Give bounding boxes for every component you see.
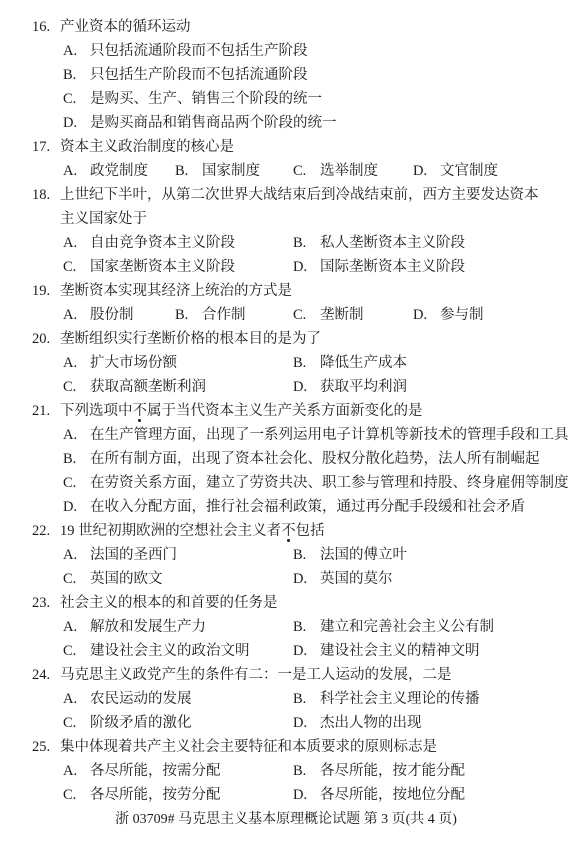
option-b: B. 建立和完善社会主义公有制: [293, 615, 572, 639]
option-label: D.: [63, 111, 90, 135]
option-label: D.: [293, 711, 320, 735]
option-c: C. 建设社会主义的政治文明: [63, 639, 293, 663]
option-label: B.: [293, 687, 320, 711]
option-text: 英国的莫尔: [320, 567, 572, 591]
option-b: B. 合作制: [175, 303, 293, 327]
option-label: D.: [63, 495, 90, 519]
question-stem: 垄断资本实现其经济上统治的方式是: [60, 279, 292, 303]
question-22: 22. 19 世纪初期欧洲的空想社会主义者不包括 A. 法国的圣西门 B. 法国…: [0, 519, 572, 591]
option-label: D.: [293, 783, 320, 807]
option-text: 获取高额垄断利润: [90, 375, 293, 399]
question-stem: 社会主义的根本的和首要的任务是: [60, 591, 278, 615]
option-text: 私人垄断资本主义阶段: [320, 231, 572, 255]
option-label: D.: [293, 375, 320, 399]
option-label: D.: [413, 303, 440, 327]
option-text: 在收入分配方面，推行社会福利政策，通过再分配手段缓和社会矛盾: [90, 495, 572, 519]
option-c: C. 英国的欧文: [63, 567, 293, 591]
exam-content: 16. 产业资本的循环运动 A. 只包括流通阶段而不包括生产阶段 B. 只包括生…: [0, 0, 572, 807]
option-label: A.: [63, 615, 90, 639]
option-text: 科学社会主义理论的传播: [320, 687, 572, 711]
option-text: 各尽所能，按需分配: [90, 759, 293, 783]
option-a: A. 在生产管理方面，出现了一系列运用电子计算机等新技术的管理手段和工具: [0, 423, 572, 447]
question-number: 16.: [32, 15, 60, 39]
question-stem: 上世纪下半叶，从第二次世界大战结束后到冷战结束前，西方主要发达资本主义国家处于: [60, 183, 550, 231]
question-stem: 垄断组织实行垄断价格的根本目的是为了: [60, 327, 321, 351]
option-label: B.: [293, 351, 320, 375]
option-label: C.: [63, 567, 90, 591]
option-text: 是购买商品和销售商品两个阶段的统一: [90, 111, 572, 135]
question-number: 19.: [32, 279, 60, 303]
option-label: A.: [63, 159, 90, 183]
option-label: B.: [293, 615, 320, 639]
option-text: 股份制: [90, 303, 175, 327]
option-a: A. 政党制度: [63, 159, 175, 183]
option-b: B. 降低生产成本: [293, 351, 572, 375]
option-c: C. 选举制度: [293, 159, 413, 183]
question-stem: 资本主义政治制度的核心是: [60, 135, 234, 159]
option-label: D.: [293, 567, 320, 591]
option-a: A. 法国的圣西门: [63, 543, 293, 567]
options: A. 各尽所能，按需分配 B. 各尽所能，按才能分配 C. 各尽所能，按劳分配 …: [0, 759, 572, 807]
option-b: B. 科学社会主义理论的传播: [293, 687, 572, 711]
option-a: A. 自由竞争资本主义阶段: [63, 231, 293, 255]
option-label: A.: [63, 39, 90, 63]
option-d: D. 建设社会主义的精神文明: [293, 639, 572, 663]
option-b: B. 私人垄断资本主义阶段: [293, 231, 572, 255]
question-number: 25.: [32, 735, 60, 759]
options: A. 股份制 B. 合作制 C. 垄断制 D. 参与制: [0, 303, 572, 327]
emphasis-mark: 不: [133, 403, 148, 419]
option-label: C.: [293, 159, 320, 183]
option-c: C. 在劳资关系方面，建立了劳资共决、职工参与管理和持股、终身雇佣等制度: [0, 471, 572, 495]
option-d: D. 获取平均利润: [293, 375, 572, 399]
question-number: 23.: [32, 591, 60, 615]
option-text: 国际垄断资本主义阶段: [320, 255, 572, 279]
options: A. 只包括流通阶段而不包括生产阶段 B. 只包括生产阶段而不包括流通阶段 C.…: [0, 39, 572, 135]
stem-text: 下列选项中: [60, 403, 133, 419]
option-text: 农民运动的发展: [90, 687, 293, 711]
option-text: 英国的欧文: [90, 567, 293, 591]
option-label: D.: [293, 255, 320, 279]
option-label: A.: [63, 759, 90, 783]
question-number: 24.: [32, 663, 60, 687]
option-label: C.: [63, 639, 90, 663]
question-21: 21. 下列选项中不属于当代资本主义生产关系方面新变化的是 A. 在生产管理方面…: [0, 399, 572, 519]
stem-text: 19 世纪初期欧洲的空想社会主义者: [60, 523, 281, 539]
option-text: 降低生产成本: [320, 351, 572, 375]
option-text: 杰出人物的出现: [320, 711, 572, 735]
option-text: 阶级矛盾的激化: [90, 711, 293, 735]
stem-text: 属于当代资本主义生产关系方面新变化的是: [147, 403, 423, 419]
option-c: C. 各尽所能，按劳分配: [63, 783, 293, 807]
option-text: 建设社会主义的精神文明: [320, 639, 572, 663]
question-19: 19. 垄断资本实现其经济上统治的方式是 A. 股份制 B. 合作制 C. 垄断…: [0, 279, 572, 327]
option-b: B. 在所有制方面，出现了资本社会化、股权分散化趋势，法人所有制崛起: [0, 447, 572, 471]
option-text: 在生产管理方面，出现了一系列运用电子计算机等新技术的管理手段和工具: [90, 423, 572, 447]
question-stem: 集中体现着共产主义社会主要特征和本质要求的原则标志是: [60, 735, 437, 759]
option-c: C. 获取高额垄断利润: [63, 375, 293, 399]
question-number: 17.: [32, 135, 60, 159]
question-24: 24. 马克思主义政党产生的条件有二：一是工人运动的发展，二是 A. 农民运动的…: [0, 663, 572, 735]
question-stem: 产业资本的循环运动: [60, 15, 191, 39]
option-text: 扩大市场份额: [90, 351, 293, 375]
option-text: 法国的圣西门: [90, 543, 293, 567]
option-c: C. 垄断制: [293, 303, 413, 327]
question-number: 20.: [32, 327, 60, 351]
option-label: A.: [63, 303, 90, 327]
option-text: 选举制度: [320, 159, 413, 183]
option-label: C.: [63, 87, 90, 111]
option-label: B.: [63, 447, 90, 471]
option-label: A.: [63, 351, 90, 375]
exam-page: 16. 产业资本的循环运动 A. 只包括流通阶段而不包括生产阶段 B. 只包括生…: [0, 0, 572, 851]
option-b: B. 只包括生产阶段而不包括流通阶段: [0, 63, 572, 87]
question-number: 18.: [32, 183, 60, 231]
question-16: 16. 产业资本的循环运动 A. 只包括流通阶段而不包括生产阶段 B. 只包括生…: [0, 15, 572, 135]
question-stem: 马克思主义政党产生的条件有二：一是工人运动的发展，二是: [60, 663, 452, 687]
option-text: 各尽所能，按劳分配: [90, 783, 293, 807]
question-number: 21.: [32, 399, 60, 423]
options: A. 农民运动的发展 B. 科学社会主义理论的传播 C. 阶级矛盾的激化 D. …: [0, 687, 572, 735]
option-text: 法国的傅立叶: [320, 543, 572, 567]
option-a: A. 解放和发展生产力: [63, 615, 293, 639]
options: A. 扩大市场份额 B. 降低生产成本 C. 获取高额垄断利润 D. 获取平均利…: [0, 351, 572, 399]
question-23: 23. 社会主义的根本的和首要的任务是 A. 解放和发展生产力 B. 建立和完善…: [0, 591, 572, 663]
options: A. 自由竞争资本主义阶段 B. 私人垄断资本主义阶段 C. 国家垄断资本主义阶…: [0, 231, 572, 279]
options: A. 法国的圣西门 B. 法国的傅立叶 C. 英国的欧文 D. 英国的莫尔: [0, 543, 572, 591]
option-label: B.: [63, 63, 90, 87]
option-label: C.: [63, 711, 90, 735]
option-a: A. 各尽所能，按需分配: [63, 759, 293, 783]
option-label: A.: [63, 687, 90, 711]
option-label: A.: [63, 543, 90, 567]
option-text: 国家制度: [202, 159, 293, 183]
option-text: 建设社会主义的政治文明: [90, 639, 293, 663]
option-text: 参与制: [440, 303, 572, 327]
option-label: D.: [413, 159, 440, 183]
option-text: 国家垄断资本主义阶段: [90, 255, 293, 279]
option-label: B.: [293, 543, 320, 567]
option-d: D. 英国的莫尔: [293, 567, 572, 591]
question-stem: 下列选项中不属于当代资本主义生产关系方面新变化的是: [60, 399, 423, 423]
option-text: 垄断制: [320, 303, 413, 327]
option-label: C.: [63, 783, 90, 807]
option-text: 解放和发展生产力: [90, 615, 293, 639]
option-label: C.: [63, 375, 90, 399]
option-label: A.: [63, 231, 90, 255]
option-text: 合作制: [202, 303, 293, 327]
option-label: B.: [293, 759, 320, 783]
options: A. 政党制度 B. 国家制度 C. 选举制度 D. 文官制度: [0, 159, 572, 183]
option-d: D. 是购买商品和销售商品两个阶段的统一: [0, 111, 572, 135]
option-text: 获取平均利润: [320, 375, 572, 399]
option-text: 只包括流通阶段而不包括生产阶段: [90, 39, 572, 63]
option-d: D. 参与制: [413, 303, 572, 327]
option-b: B. 各尽所能，按才能分配: [293, 759, 572, 783]
option-label: C.: [63, 255, 90, 279]
option-text: 政党制度: [90, 159, 175, 183]
page-footer: 浙 03709# 马克思主义基本原理概论试题 第 3 页(共 4 页): [0, 808, 572, 832]
option-b: B. 国家制度: [175, 159, 293, 183]
question-17: 17. 资本主义政治制度的核心是 A. 政党制度 B. 国家制度 C. 选举制度…: [0, 135, 572, 183]
option-b: B. 法国的傅立叶: [293, 543, 572, 567]
option-label: A.: [63, 423, 90, 447]
option-text: 自由竞争资本主义阶段: [90, 231, 293, 255]
option-text: 只包括生产阶段而不包括流通阶段: [90, 63, 572, 87]
option-label: B.: [175, 303, 202, 327]
option-c: C. 国家垄断资本主义阶段: [63, 255, 293, 279]
option-a: A. 股份制: [63, 303, 175, 327]
question-number: 22.: [32, 519, 60, 543]
emphasis-mark: 不: [281, 523, 296, 539]
option-text: 各尽所能，按才能分配: [320, 759, 572, 783]
option-a: A. 扩大市场份额: [63, 351, 293, 375]
option-a: A. 只包括流通阶段而不包括生产阶段: [0, 39, 572, 63]
stem-text: 包括: [296, 523, 325, 539]
option-c: C. 是购买、生产、销售三个阶段的统一: [0, 87, 572, 111]
option-d: D. 国际垄断资本主义阶段: [293, 255, 572, 279]
options: A. 解放和发展生产力 B. 建立和完善社会主义公有制 C. 建设社会主义的政治…: [0, 615, 572, 663]
option-label: B.: [175, 159, 202, 183]
option-text: 建立和完善社会主义公有制: [320, 615, 572, 639]
option-d: D. 各尽所能，按地位分配: [293, 783, 572, 807]
option-a: A. 农民运动的发展: [63, 687, 293, 711]
option-label: D.: [293, 639, 320, 663]
option-text: 在所有制方面，出现了资本社会化、股权分散化趋势，法人所有制崛起: [90, 447, 572, 471]
option-d: D. 在收入分配方面，推行社会福利政策，通过再分配手段缓和社会矛盾: [0, 495, 572, 519]
option-text: 各尽所能，按地位分配: [320, 783, 572, 807]
question-18: 18. 上世纪下半叶，从第二次世界大战结束后到冷战结束前，西方主要发达资本主义国…: [0, 183, 572, 279]
option-text: 文官制度: [440, 159, 572, 183]
option-label: C.: [293, 303, 320, 327]
option-label: B.: [293, 231, 320, 255]
option-text: 在劳资关系方面，建立了劳资共决、职工参与管理和持股、终身雇佣等制度: [90, 471, 572, 495]
option-text: 是购买、生产、销售三个阶段的统一: [90, 87, 572, 111]
question-stem: 19 世纪初期欧洲的空想社会主义者不包括: [60, 519, 325, 543]
option-d: D. 杰出人物的出现: [293, 711, 572, 735]
option-c: C. 阶级矛盾的激化: [63, 711, 293, 735]
question-25: 25. 集中体现着共产主义社会主要特征和本质要求的原则标志是 A. 各尽所能，按…: [0, 735, 572, 807]
option-label: C.: [63, 471, 90, 495]
option-d: D. 文官制度: [413, 159, 572, 183]
question-20: 20. 垄断组织实行垄断价格的根本目的是为了 A. 扩大市场份额 B. 降低生产…: [0, 327, 572, 399]
options: A. 在生产管理方面，出现了一系列运用电子计算机等新技术的管理手段和工具 B. …: [0, 423, 572, 519]
